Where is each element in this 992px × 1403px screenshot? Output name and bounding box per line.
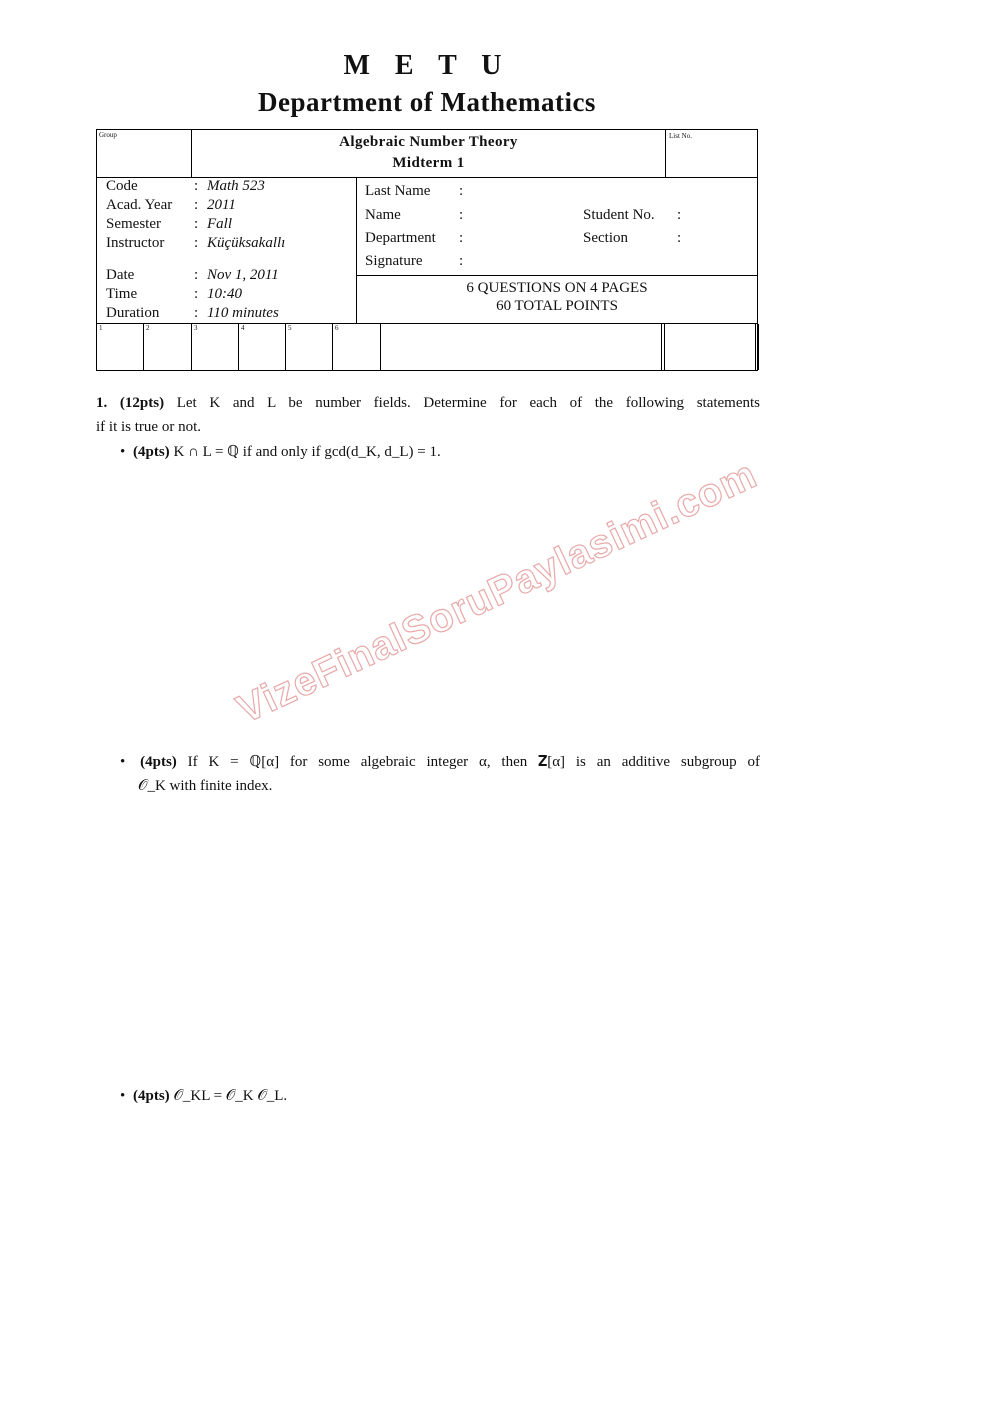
score-box-3[interactable]: 3: [192, 324, 239, 370]
list-no-label: List No.: [669, 132, 692, 140]
question-1: 1. (12pts) Let K and L be number fields.…: [96, 391, 760, 439]
signature-field[interactable]: Signature:: [365, 253, 423, 270]
question-points: (12pts): [120, 395, 164, 411]
score-row: 1 2 3 4 5 6: [97, 324, 757, 370]
section-field[interactable]: Section:: [583, 230, 628, 247]
question-1-item-2: • (4pts) If K = ℚ[α] for some algebraic …: [120, 750, 760, 798]
department-field[interactable]: Department:: [365, 230, 436, 247]
exam-summary: 6 QUESTIONS ON 4 PAGES 60 TOTAL POINTS: [357, 276, 757, 323]
department-title: Department of Mathematics: [0, 87, 854, 118]
course-title: Algebraic Number Theory: [192, 134, 665, 151]
question-number: 1.: [96, 395, 107, 411]
total-box[interactable]: [667, 324, 759, 370]
blank-box[interactable]: [381, 324, 665, 370]
list-no-cell[interactable]: List No.: [665, 130, 758, 177]
university-title: M E T U: [0, 50, 854, 82]
info-duration: Duration:110 minutes: [106, 305, 159, 322]
item-points: (4pts): [140, 754, 177, 770]
group-cell[interactable]: Group: [97, 130, 192, 177]
course-info: Code:Math 523 Acad. Year:2011 Semester:F…: [97, 178, 357, 323]
cover-table: Group Algebraic Number Theory Midterm 1 …: [96, 129, 758, 371]
item-text-continued: 𝒪_K with finite index.: [120, 774, 760, 798]
item-text: 𝒪_KL = 𝒪_K 𝒪_L.: [173, 1088, 287, 1104]
question-intro: Let K and L be number fields. Determine …: [177, 395, 760, 411]
score-box-5[interactable]: 5: [286, 324, 333, 370]
course-title-cell: Algebraic Number Theory Midterm 1: [192, 130, 665, 177]
score-box-2[interactable]: 2: [144, 324, 192, 370]
summary-questions: 6 QUESTIONS ON 4 PAGES: [357, 280, 757, 297]
info-date: Date:Nov 1, 2011: [106, 267, 134, 284]
watermark: VizeFinalSoruPaylasimi.com: [230, 452, 764, 733]
student-no-field[interactable]: Student No.:: [583, 207, 655, 224]
bullet-icon: •: [120, 1088, 125, 1104]
student-fields: Last Name: Name: Department: Signature: …: [357, 178, 757, 276]
score-box-4[interactable]: 4: [239, 324, 286, 370]
info-instructor: Instructor:Küçüksakallı: [106, 235, 164, 252]
info-semester: Semester:Fall: [106, 216, 161, 233]
bullet-icon: •: [120, 444, 125, 460]
bullet-icon: •: [120, 754, 125, 770]
summary-points: 60 TOTAL POINTS: [357, 298, 757, 315]
score-box-1[interactable]: 1: [97, 324, 144, 370]
question-1-item-1: • (4pts) K ∩ L = ℚ if and only if gcd(d_…: [120, 440, 760, 464]
item-points: (4pts): [133, 1088, 170, 1104]
score-box-6[interactable]: 6: [333, 324, 381, 370]
exam-title: Midterm 1: [192, 155, 665, 172]
question-1-item-3: • (4pts) 𝒪_KL = 𝒪_K 𝒪_L.: [120, 1084, 760, 1108]
question-intro-2: if it is true or not.: [96, 415, 760, 439]
name-field[interactable]: Name:: [365, 207, 401, 224]
item-points: (4pts): [133, 444, 170, 460]
last-name-field[interactable]: Last Name:: [365, 183, 430, 200]
info-code: Code:Math 523: [106, 178, 138, 195]
item-text: If K = ℚ[α] for some algebraic integer α…: [188, 754, 760, 770]
item-text: K ∩ L = ℚ if and only if gcd(d_K, d_L) =…: [173, 444, 440, 460]
group-label: Group: [99, 131, 117, 139]
info-acad-year: Acad. Year:2011: [106, 197, 172, 214]
info-time: Time:10:40: [106, 286, 137, 303]
